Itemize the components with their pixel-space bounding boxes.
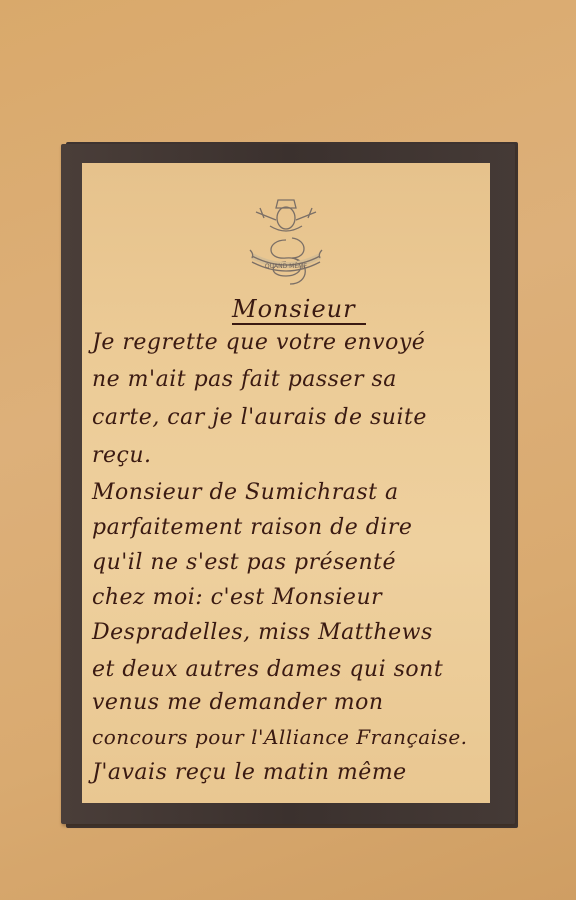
letter-line: reçu. xyxy=(92,443,492,468)
letter-line: venus me demander mon xyxy=(92,690,492,715)
letter-line: J'avais reçu le matin même xyxy=(92,760,492,785)
letter-line: Je regrette que votre envoyé xyxy=(92,330,492,355)
letter-line: concours pour l'Alliance Française. xyxy=(92,725,492,749)
letter-line: Monsieur de Sumichrast a xyxy=(92,480,492,505)
letter-line: parfaitement raison de dire xyxy=(92,515,492,540)
letter-line: chez moi: c'est Monsieur xyxy=(92,585,492,610)
backing-board: QUAND MÊME Monsieur Je regrette que votr… xyxy=(0,0,576,900)
letter-line: et deux autres dames qui sont xyxy=(92,657,492,682)
crest-monogram-icon: QUAND MÊME xyxy=(246,196,326,292)
letter-line: qu'il ne s'est pas présenté xyxy=(92,550,492,575)
salutation: Monsieur xyxy=(232,295,366,325)
letter-line: Despradelles, miss Matthews xyxy=(92,620,492,645)
letter-line: ne m'ait pas fait passer sa xyxy=(92,367,492,392)
svg-text:QUAND MÊME: QUAND MÊME xyxy=(265,262,307,270)
letter-line: carte, car je l'aurais de suite xyxy=(92,405,492,430)
